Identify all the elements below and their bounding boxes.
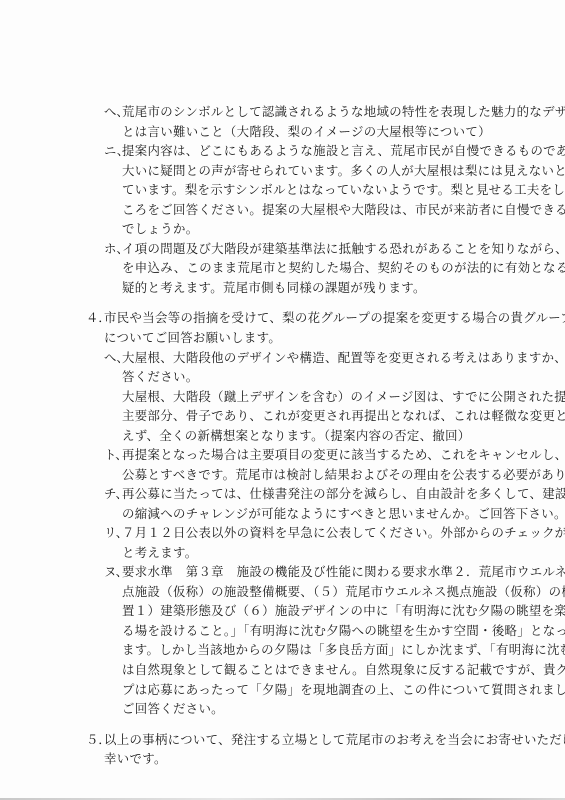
s4-nu-line-2: 点施設（仮称）の施設整備概要、（５）荒尾市ウエルネス拠点施設（仮称）の機能配	[122, 584, 565, 600]
item-ni-line-3: ています。梨を示すシンボルとはなっていないようです。梨と見せる工夫をしたと	[122, 182, 565, 198]
item-ni-line-2: 大いに疑問との声が寄せられています。多くの人が大屋根は梨には見えないと言っ	[122, 163, 565, 179]
item-ho-line-2: を申込み、このまま荒尾市と契約した場合、契約そのものが法的に有効となるか懐	[122, 260, 565, 276]
s4-to-line-1: 再提案となった場合は主要項目の変更に該当するため、これをキャンセルし、再々	[122, 447, 565, 463]
item-ho-line-1: イ項の問題及び大階段が建築基準法に抵触する恐れがあることを知りながら、契約	[122, 241, 565, 257]
s4-nu-line-3: 置１）建築形態及び（６）施設デザインの中に「有明海に沈む夕陽の眺望を楽しめ	[122, 603, 565, 619]
section-5-line-2: 幸いです。	[104, 751, 167, 767]
item-ni-line-5: でしょうか。	[122, 221, 198, 237]
s4-nu-line-5: ます。しかし当該地からの夕陽は「多良岳方面」にしか沈まず、「有明海に沈む夕陽」	[122, 642, 565, 658]
s4-ri-line-1: ７月１２日公表以外の資料を早急に公表してください。外部からのチェックが必要	[122, 525, 565, 541]
s4-he-line-5: えず、全くの新構想案となります。（提案内容の否定、撤回）	[122, 428, 471, 444]
s4-nu-line-4: る場を設けること。」「有明海に沈む夕陽への眺望を生かす空間・後略」となってい	[122, 623, 565, 639]
s4-ri-line-2: と考えます。	[122, 545, 197, 561]
item-ni-line-1: 提案内容は、どこにもあるような施設と言え、荒尾市民が自慢できるものであるか、	[122, 143, 565, 159]
section-4-line-2: についてご回答お願いします。	[104, 330, 281, 346]
s4-he-line-3: 大屋根、大階段（蹴上デザインを含む）のイメージ図は、すでに公開された提案の	[122, 389, 565, 405]
document-page: へ、 荒尾市のシンボルとして認識されるような地域の特性を表現した魅力的なデザイン…	[0, 0, 565, 800]
item-ho-line-3: 疑的と考えます。荒尾市側も同様の課題が残ります。	[122, 280, 426, 296]
s4-he-line-1: 大屋根、大階段他のデザインや構造、配置等を変更される考えはありますか、ご回	[122, 350, 565, 366]
s4-nu-line-6: は自然現象として観ることはできません。自然現象に反する記載ですが、貴グルー	[122, 662, 565, 678]
section-4-line-1: 市民や当会等の指摘を受けて、梨の花グループの提案を変更する場合の貴グループ対処	[104, 310, 565, 326]
item-ni-line-4: ころをご回答ください。提案の大屋根や大階段は、市民が来訪者に自慢できる施設	[122, 202, 565, 218]
s4-nu-line-7: プは応募にあったって「夕陽」を現地調査の上、この件について質問されましたか、	[122, 682, 565, 698]
s4-chi-line-1: 再公募に当たっては、仕様書発注の部分を減らし、自由設計を多くして、建設費等	[122, 486, 565, 502]
s4-he-line-2: 答ください。	[122, 369, 198, 385]
section-5-line-1: 以上の事柄について、発注する立場として荒尾市のお考えを当会にお寄せいただければ	[104, 732, 565, 748]
s4-chi-line-2: の縮減へのチャレンジが可能なようにすべきと思いませんか。ご回答下さい。	[122, 506, 565, 522]
item-he-line-1: 荒尾市のシンボルとして認識されるような地域の特性を表現した魅力的なデザイン	[122, 104, 565, 120]
s4-nu-line-1: 要求水準 第３章 施設の機能及び性能に関わる要求水準２．荒尾市ウエルネス拠	[122, 564, 565, 580]
s4-to-line-2: 公募とすべきです。荒尾市は検討し結果およびその理由を公表する必要があります。	[122, 467, 565, 483]
item-he-line-2: とは言い難いこと（大階段、梨のイメージの大屋根等について）	[122, 124, 491, 140]
s4-he-line-4: 主要部分、骨子であり、これが変更され再提出となれば、これは軽微な変更とは言	[122, 408, 565, 424]
s4-nu-line-8: ご回答ください。	[122, 701, 224, 717]
